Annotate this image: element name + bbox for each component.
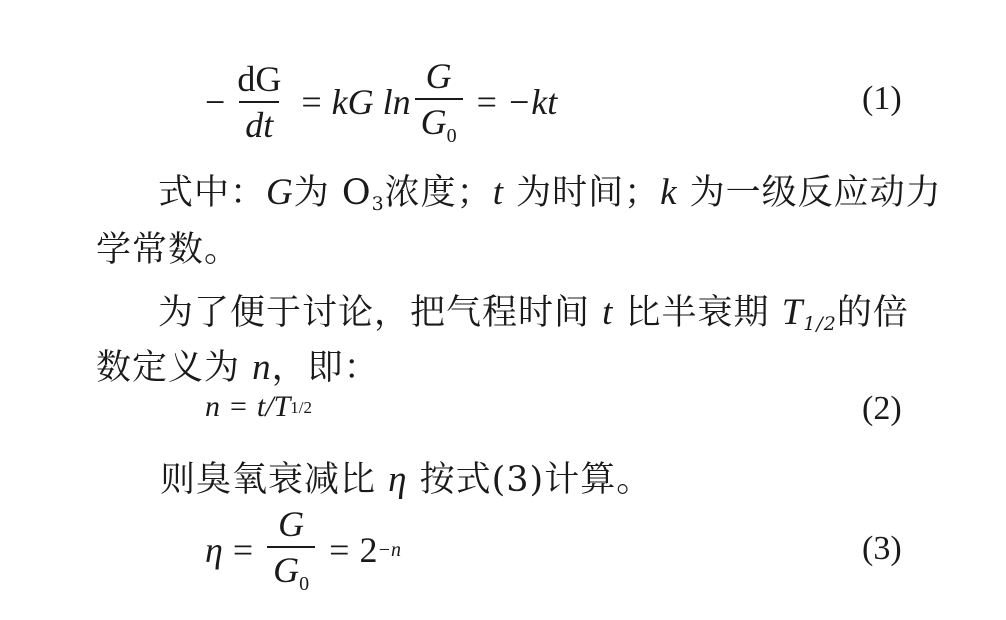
equation-3: η = G G0 = 2−n	[205, 505, 401, 595]
text: 为一级反应动力	[678, 173, 942, 213]
math-var: t	[493, 172, 504, 213]
subscript: 1/2	[803, 313, 837, 335]
math-var: G	[266, 172, 294, 213]
text: 浓度；	[385, 173, 493, 213]
paragraph-line-2: 数定义为 n，即：	[96, 340, 380, 390]
denominator-subscript: 0	[447, 125, 457, 147]
equation-number-1: (1)	[862, 80, 902, 118]
power-base: 2	[359, 532, 377, 568]
fraction-denominator: G0	[415, 98, 463, 146]
rhs-term: −kt	[507, 84, 557, 120]
equation-number-2: (2)	[862, 390, 902, 428]
equation-2: n = t/T1/2	[205, 392, 312, 422]
math-var: n	[252, 347, 272, 388]
equals-sign: =	[477, 84, 497, 120]
numerator-text: dG	[237, 59, 281, 99]
math-var: k	[660, 172, 677, 213]
paragraph-ozone-ratio: 则臭氧衰减比 η 按式(3)计算。	[160, 452, 652, 502]
text: 数定义为	[96, 348, 252, 388]
paragraph-definition-n: 为了便于讨论，把气程时间 t 比半衰期 T1/2的倍	[158, 285, 909, 335]
fraction-denominator: dt	[239, 101, 279, 143]
derivative-fraction: dG dt	[231, 61, 287, 143]
denominator-subscript: 0	[299, 573, 309, 595]
text: 式中：	[158, 173, 266, 213]
denominator-main: G	[421, 102, 447, 142]
text: 按式(3)计算。	[408, 460, 653, 500]
equals-sign: =	[301, 84, 321, 120]
subscript: 3	[372, 193, 385, 215]
eta-var: η	[205, 532, 223, 568]
power-exponent: −n	[377, 540, 401, 560]
text: 为了便于讨论，把气程时间	[158, 293, 602, 333]
text: 为 O	[294, 173, 372, 213]
math-var: T	[782, 292, 804, 333]
kg-ln-term: kG ln	[332, 84, 411, 120]
denominator-main: G	[273, 550, 299, 590]
fraction-denominator: G0	[267, 546, 315, 594]
text: 的倍	[837, 293, 909, 333]
text: 比半衰期	[613, 293, 781, 333]
text: 则臭氧衰减比	[160, 460, 388, 500]
equation-1: − dG dt = kG ln G G0 = −kt	[205, 54, 557, 150]
minus-sign: −	[205, 84, 225, 120]
equation-number-3: (3)	[862, 530, 902, 568]
ratio-fraction: G G0	[267, 506, 315, 594]
equals-sign: =	[329, 532, 349, 568]
fraction-numerator: G	[420, 58, 458, 98]
fraction-numerator: dG	[231, 61, 287, 101]
text: 为时间；	[504, 173, 660, 213]
ratio-fraction: G G0	[415, 58, 463, 146]
text: ，即：	[272, 348, 380, 388]
equals-sign: =	[233, 532, 253, 568]
math-var: η	[388, 459, 407, 500]
paragraph-variable-definitions: 式中：G为 O3浓度；t 为时间；k 为一级反应动力	[158, 165, 942, 215]
lhs-var: n	[205, 392, 220, 422]
equals-sign: =	[230, 392, 247, 422]
paragraph-line-2: 学常数。	[96, 222, 240, 272]
fraction-numerator: G	[272, 506, 310, 546]
rhs-term: t/T	[257, 392, 290, 422]
math-var: t	[602, 292, 613, 333]
subscript: 1/2	[290, 399, 312, 416]
